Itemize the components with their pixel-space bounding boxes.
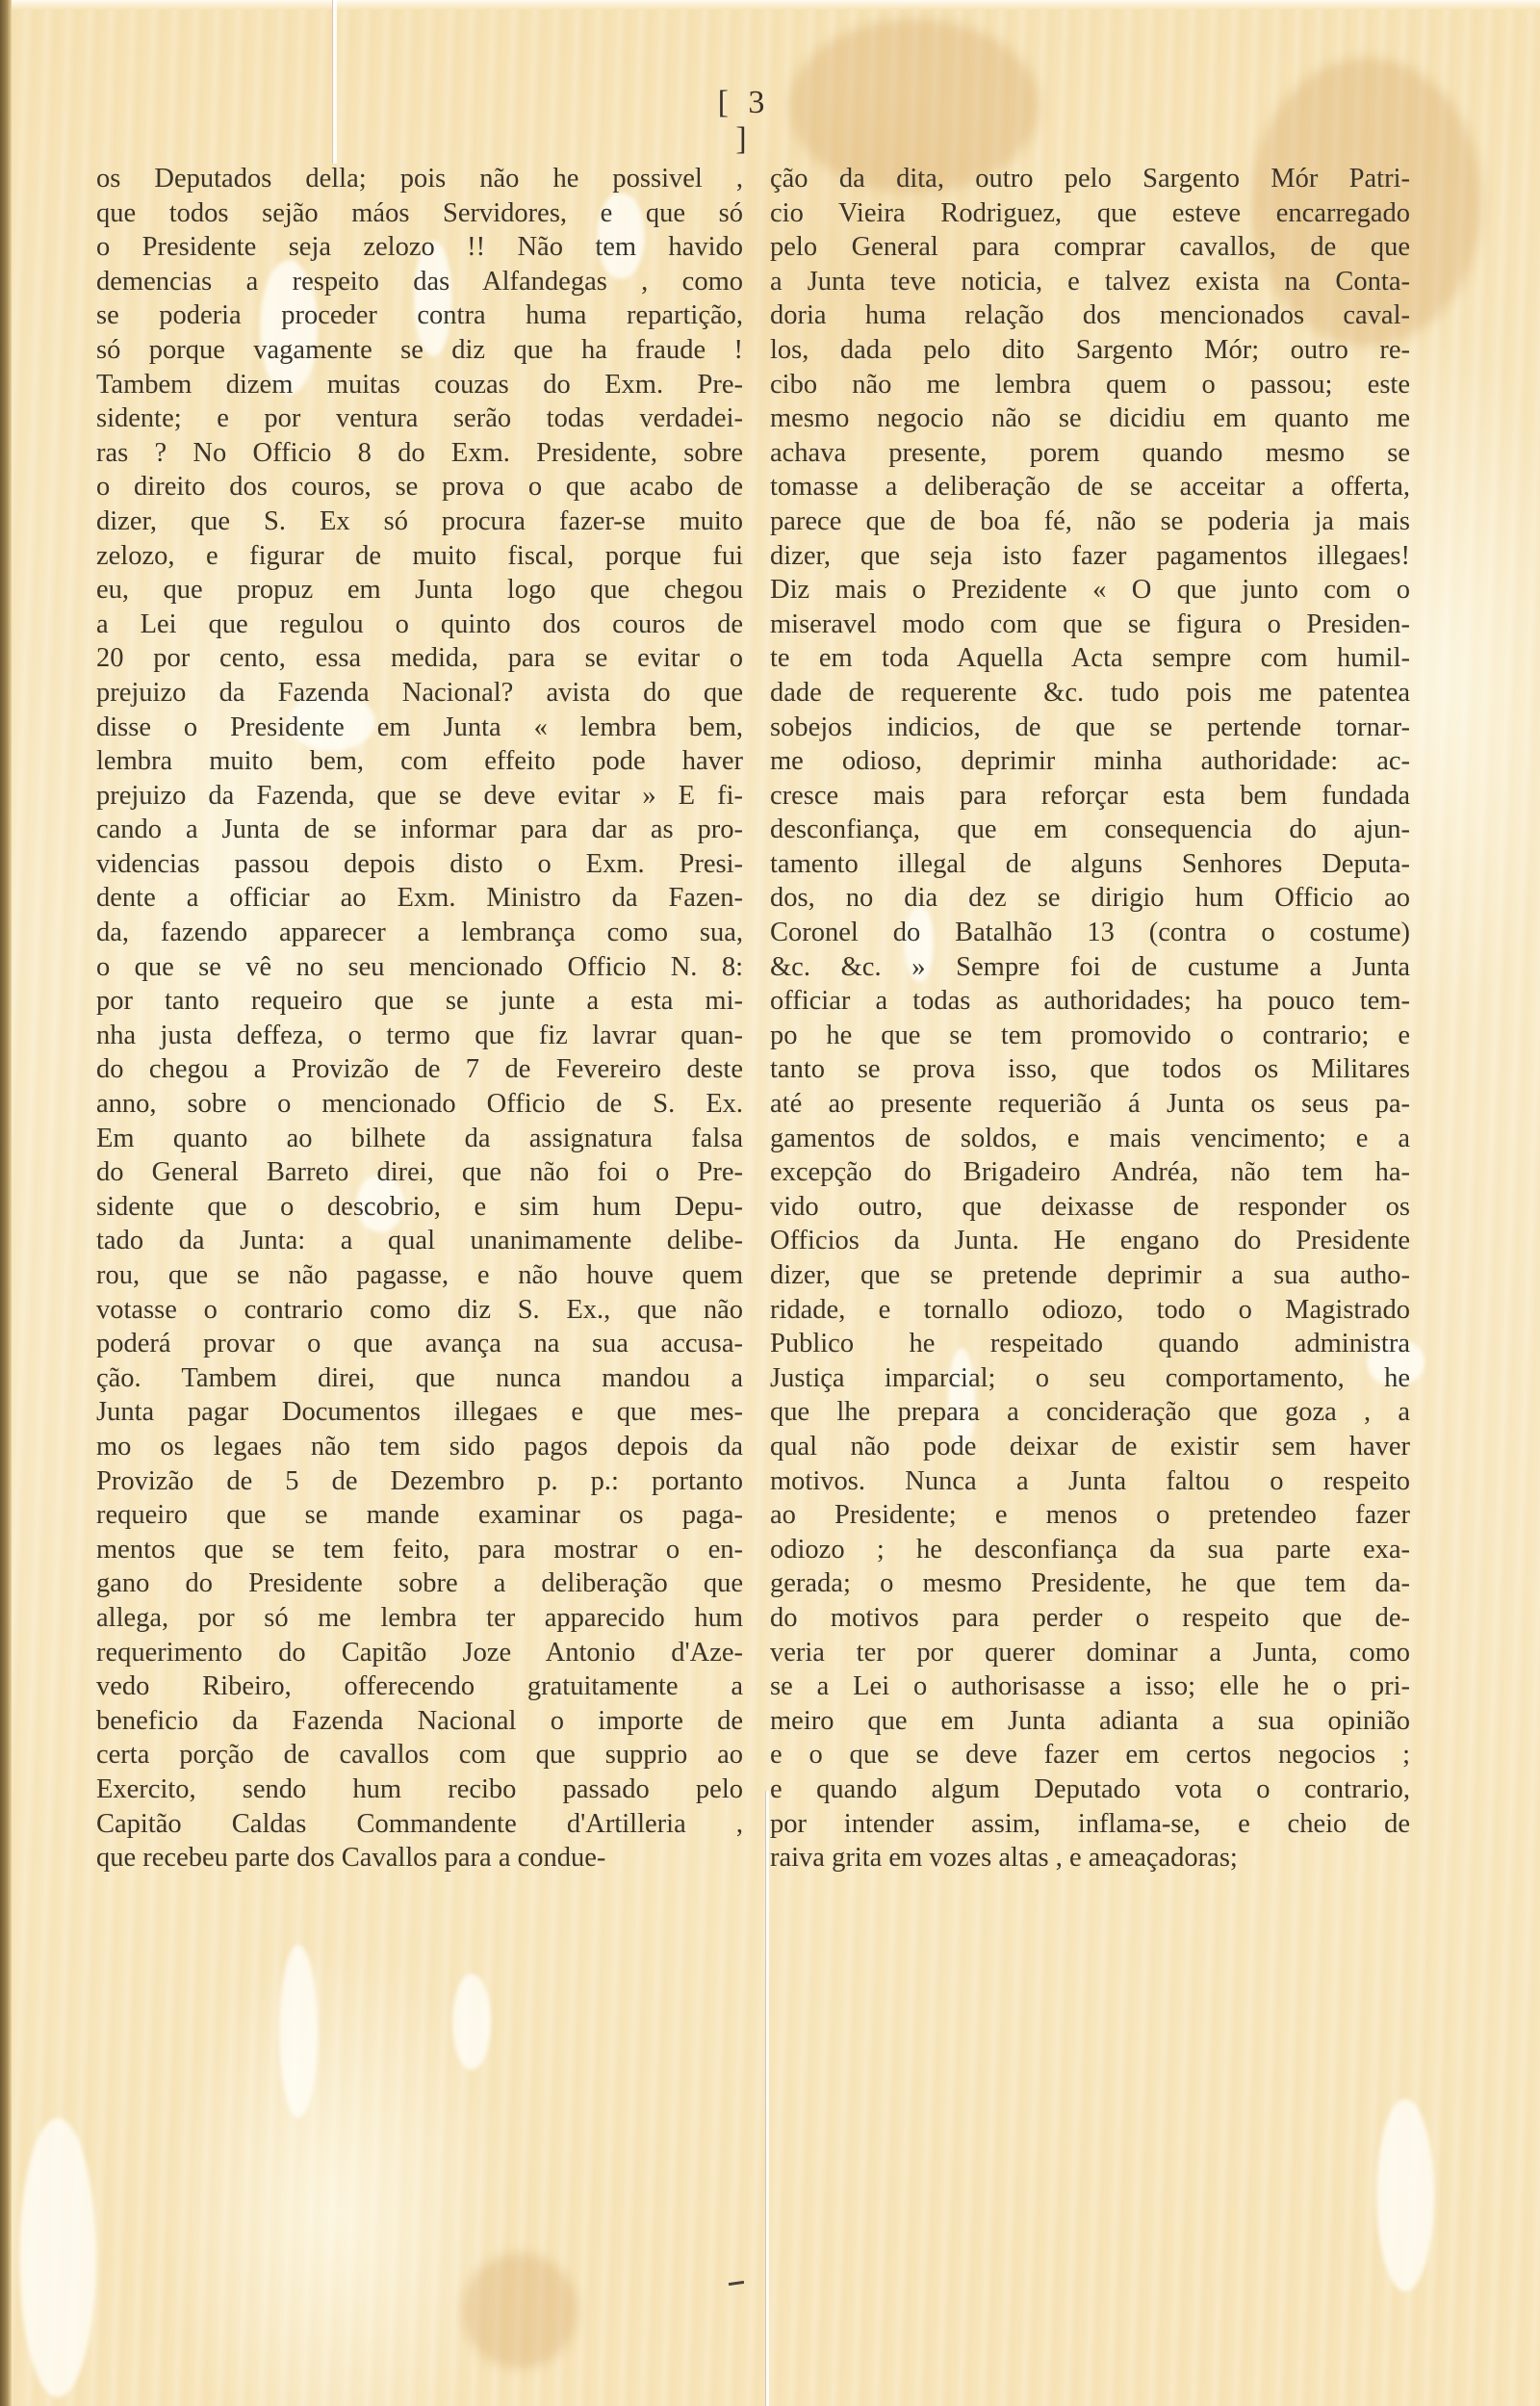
text-line: vedo Ribeiro, offerecendo gratuitamente … <box>96 1669 743 1704</box>
text-line: Coronel do Batalhão 13 (contra o costume… <box>770 916 1410 950</box>
text-line: se poderia proceder contra huma repartiç… <box>96 298 743 333</box>
text-line: officiar a todas as authoridades; ha pou… <box>770 984 1410 1019</box>
page-number: [ 3 ] <box>706 85 783 158</box>
text-line: excepção do Brigadeiro Andréa, não tem h… <box>770 1155 1410 1190</box>
text-line: tomasse a deliberação de se acceitar a o… <box>770 470 1410 504</box>
text-line: dizer, que S. Ex só procura fazer-se mui… <box>96 504 743 539</box>
water-stain <box>279 1945 318 2118</box>
text-line: Exercito, sendo hum recibo passado pelo <box>96 1772 743 1807</box>
binding-edge <box>0 0 12 2406</box>
text-line: mesmo negocio não se dicidiu em quanto m… <box>770 401 1410 436</box>
text-line: por tanto requeiro que se junte a esta m… <box>96 984 743 1019</box>
water-stain <box>452 1974 491 2070</box>
text-line: sobejos indicios, de que se pertende tor… <box>770 711 1410 745</box>
text-line: nha justa deffeza, o termo que fiz lavra… <box>96 1019 743 1053</box>
text-line: mo os legaes não tem sido pagos depois d… <box>96 1430 743 1464</box>
text-line: tanto se prova isso, que todos os Milita… <box>770 1052 1410 1087</box>
text-line: meiro que em Junta adianta a sua opinião <box>770 1704 1410 1739</box>
text-line: miseravel modo com que se figura o Presi… <box>770 608 1410 642</box>
text-line: que recebeu parte dos Cavallos para a co… <box>96 1841 743 1876</box>
text-line: tamento illegal de alguns Senhores Deput… <box>770 847 1410 882</box>
water-stain <box>19 2118 96 2397</box>
text-line: se a Lei o authorisasse a isso; elle he … <box>770 1669 1410 1704</box>
text-line: te em toda Aquella Acta sempre com humil… <box>770 641 1410 676</box>
text-line: achava presente, porem quando mesmo se <box>770 436 1410 471</box>
text-line: allega, por só me lembra ter apparecido … <box>96 1601 743 1636</box>
text-line: Justiça imparcial; o seu comportamento, … <box>770 1361 1410 1396</box>
text-line: dade de requerente &c. tudo pois me pate… <box>770 676 1410 711</box>
text-line: prejuizo da Fazenda, que se deve evitar … <box>96 779 743 814</box>
text-line: requerimento do Capitão Joze Antonio d'A… <box>96 1636 743 1670</box>
text-line: rou, que se não pagasse, e não houve que… <box>96 1258 743 1293</box>
text-line: 20 por cento, essa medida, para se evita… <box>96 641 743 676</box>
text-line: disse o Presidente em Junta « lembra bem… <box>96 711 743 745</box>
paper-crease <box>765 1791 769 2406</box>
text-line: Em quanto ao bilhete da assignatura fals… <box>96 1122 743 1156</box>
text-line: gano do Presidente sobre a deliberação q… <box>96 1566 743 1601</box>
text-line: até ao presente requerião á Junta os seu… <box>770 1087 1410 1122</box>
text-line: e quando algum Deputado vota o contrario… <box>770 1772 1410 1807</box>
text-line: los, dada pelo dito Sargento Mór; outro … <box>770 333 1410 368</box>
text-line: motivos. Nunca a Junta faltou o respeito <box>770 1464 1410 1499</box>
text-line: parece que de boa fé, não se poderia ja … <box>770 504 1410 539</box>
text-line: veria ter por querer dominar a Junta, co… <box>770 1636 1410 1670</box>
right-text-column: ção da dita, outro pelo Sargento Mór Pat… <box>770 162 1410 1876</box>
text-line: da, fazendo apparecer a lembrança como s… <box>96 916 743 950</box>
text-line: certa porção de cavallos com que supprio… <box>96 1738 743 1772</box>
text-line: me odioso, deprimir minha authoridade: a… <box>770 744 1410 779</box>
text-line: o direito dos couros, se prova o que aca… <box>96 470 743 504</box>
text-line: só porque vagamente se diz que ha fraude… <box>96 333 743 368</box>
text-line: ras ? No Officio 8 do Exm. Presidente, s… <box>96 436 743 471</box>
text-line: Provizão de 5 de Dezembro p. p.: portant… <box>96 1464 743 1499</box>
text-line: o que se vê no seu mencionado Officio N.… <box>96 950 743 985</box>
text-line: tado da Junta: a qual unanimamente delib… <box>96 1224 743 1258</box>
text-line: os Deputados della; pois não he possivel… <box>96 162 743 196</box>
text-line: sidente que o descobrio, e sim hum Depu- <box>96 1190 743 1225</box>
text-line: Diz mais o Prezidente « O que junto com … <box>770 573 1410 608</box>
text-line: e o que se deve fazer em certos negocios… <box>770 1738 1410 1772</box>
text-line: Junta pagar Documentos illegaes e que me… <box>96 1395 743 1430</box>
text-line: dente a officiar ao Exm. Ministro da Faz… <box>96 881 743 916</box>
stain <box>462 2253 577 2368</box>
text-line: requeiro que se mande examinar os paga- <box>96 1498 743 1533</box>
text-line: que todos sejão máos Servidores, e que s… <box>96 196 743 231</box>
page-top-edge <box>0 0 1540 10</box>
text-line: po he que se tem promovido o contrario; … <box>770 1019 1410 1053</box>
text-line: &c. &c. » Sempre foi de custume a Junta <box>770 950 1410 985</box>
text-line: do chegou a Provizão de 7 de Fevereiro d… <box>96 1052 743 1087</box>
text-line: pelo General para comprar cavallos, de q… <box>770 230 1410 265</box>
text-line: prejuizo da Fazenda Nacional? avista do … <box>96 676 743 711</box>
text-line: doria huma relação dos mencionados caval… <box>770 298 1410 333</box>
text-line: o Presidente seja zelozo !! Não tem havi… <box>96 230 743 265</box>
water-stain <box>1376 2099 1434 2291</box>
text-line: Publico he respeitado quando administra <box>770 1327 1410 1361</box>
text-line: Officios da Junta. He engano do Presiden… <box>770 1224 1410 1258</box>
text-line: cando a Junta de se informar para dar as… <box>96 813 743 847</box>
text-line: raiva grita em vozes altas , e ameaçador… <box>770 1841 1410 1876</box>
text-line: gerada; o mesmo Presidente, he que tem d… <box>770 1566 1410 1601</box>
text-line: ção. Tambem direi, que nunca mandou a <box>96 1361 743 1396</box>
text-line: gamentos de soldos, e mais vencimento; e… <box>770 1122 1410 1156</box>
text-line: do motivos para perder o respeito que de… <box>770 1601 1410 1636</box>
text-line: eu, que propuz em Junta logo que chegou <box>96 573 743 608</box>
text-line: lembra muito bem, com effeito pode haver <box>96 744 743 779</box>
text-line: beneficio da Fazenda Nacional o importe … <box>96 1704 743 1739</box>
text-line: cresce mais para reforçar esta bem funda… <box>770 779 1410 814</box>
text-line: vido outro, que deixasse de responder os <box>770 1190 1410 1225</box>
text-line: dos, no dia dez se dirigio hum Officio a… <box>770 881 1410 916</box>
text-line: a Lei que regulou o quinto dos couros de <box>96 608 743 642</box>
left-text-column: os Deputados della; pois não he possivel… <box>96 162 743 1876</box>
text-line: cio Vieira Rodriguez, que esteve encarre… <box>770 196 1410 231</box>
text-line: desconfiança, que em consequencia do aju… <box>770 813 1410 847</box>
text-line: qual não pode deixar de existir sem have… <box>770 1430 1410 1464</box>
text-line: ção da dita, outro pelo Sargento Mór Pat… <box>770 162 1410 196</box>
text-line: Tambem dizem muitas couzas do Exm. Pre- <box>96 368 743 402</box>
text-line: que lhe prepara a concideração que goza … <box>770 1395 1410 1430</box>
text-line: videncias passou depois disto o Exm. Pre… <box>96 847 743 882</box>
text-line: do General Barreto direi, que não foi o … <box>96 1155 743 1190</box>
text-line: dizer, que se pretende deprimir a sua au… <box>770 1258 1410 1293</box>
text-line: a Junta teve noticia, e talvez exista na… <box>770 265 1410 299</box>
text-line: zelozo, e figurar de muito fiscal, porqu… <box>96 539 743 574</box>
text-line: cibo não me lembra quem o passou; este <box>770 368 1410 402</box>
text-line: poderá provar o que avança na sua accusa… <box>96 1327 743 1361</box>
text-line: sidente; e por ventura serão todas verda… <box>96 401 743 436</box>
text-line: anno, sobre o mencionado Officio de S. E… <box>96 1087 743 1122</box>
text-line: ridade, e tornallo odiozo, todo o Magist… <box>770 1293 1410 1328</box>
text-line: demencias a respeito das Alfandegas , co… <box>96 265 743 299</box>
paper-crease <box>332 0 337 164</box>
text-line: dizer, que seja isto fazer pagamentos il… <box>770 539 1410 574</box>
text-line: odiozo ; he desconfiança da sua parte ex… <box>770 1533 1410 1567</box>
text-line: por intender assim, inflama-se, e cheio … <box>770 1807 1410 1842</box>
text-line: mentos que se tem feito, para mostrar o … <box>96 1533 743 1567</box>
text-line: Capitão Caldas Commandente d'Artilleria … <box>96 1807 743 1842</box>
text-line: votasse o contrario como diz S. Ex., que… <box>96 1293 743 1328</box>
text-line: ao Presidente; e menos o pretendeo fazer <box>770 1498 1410 1533</box>
